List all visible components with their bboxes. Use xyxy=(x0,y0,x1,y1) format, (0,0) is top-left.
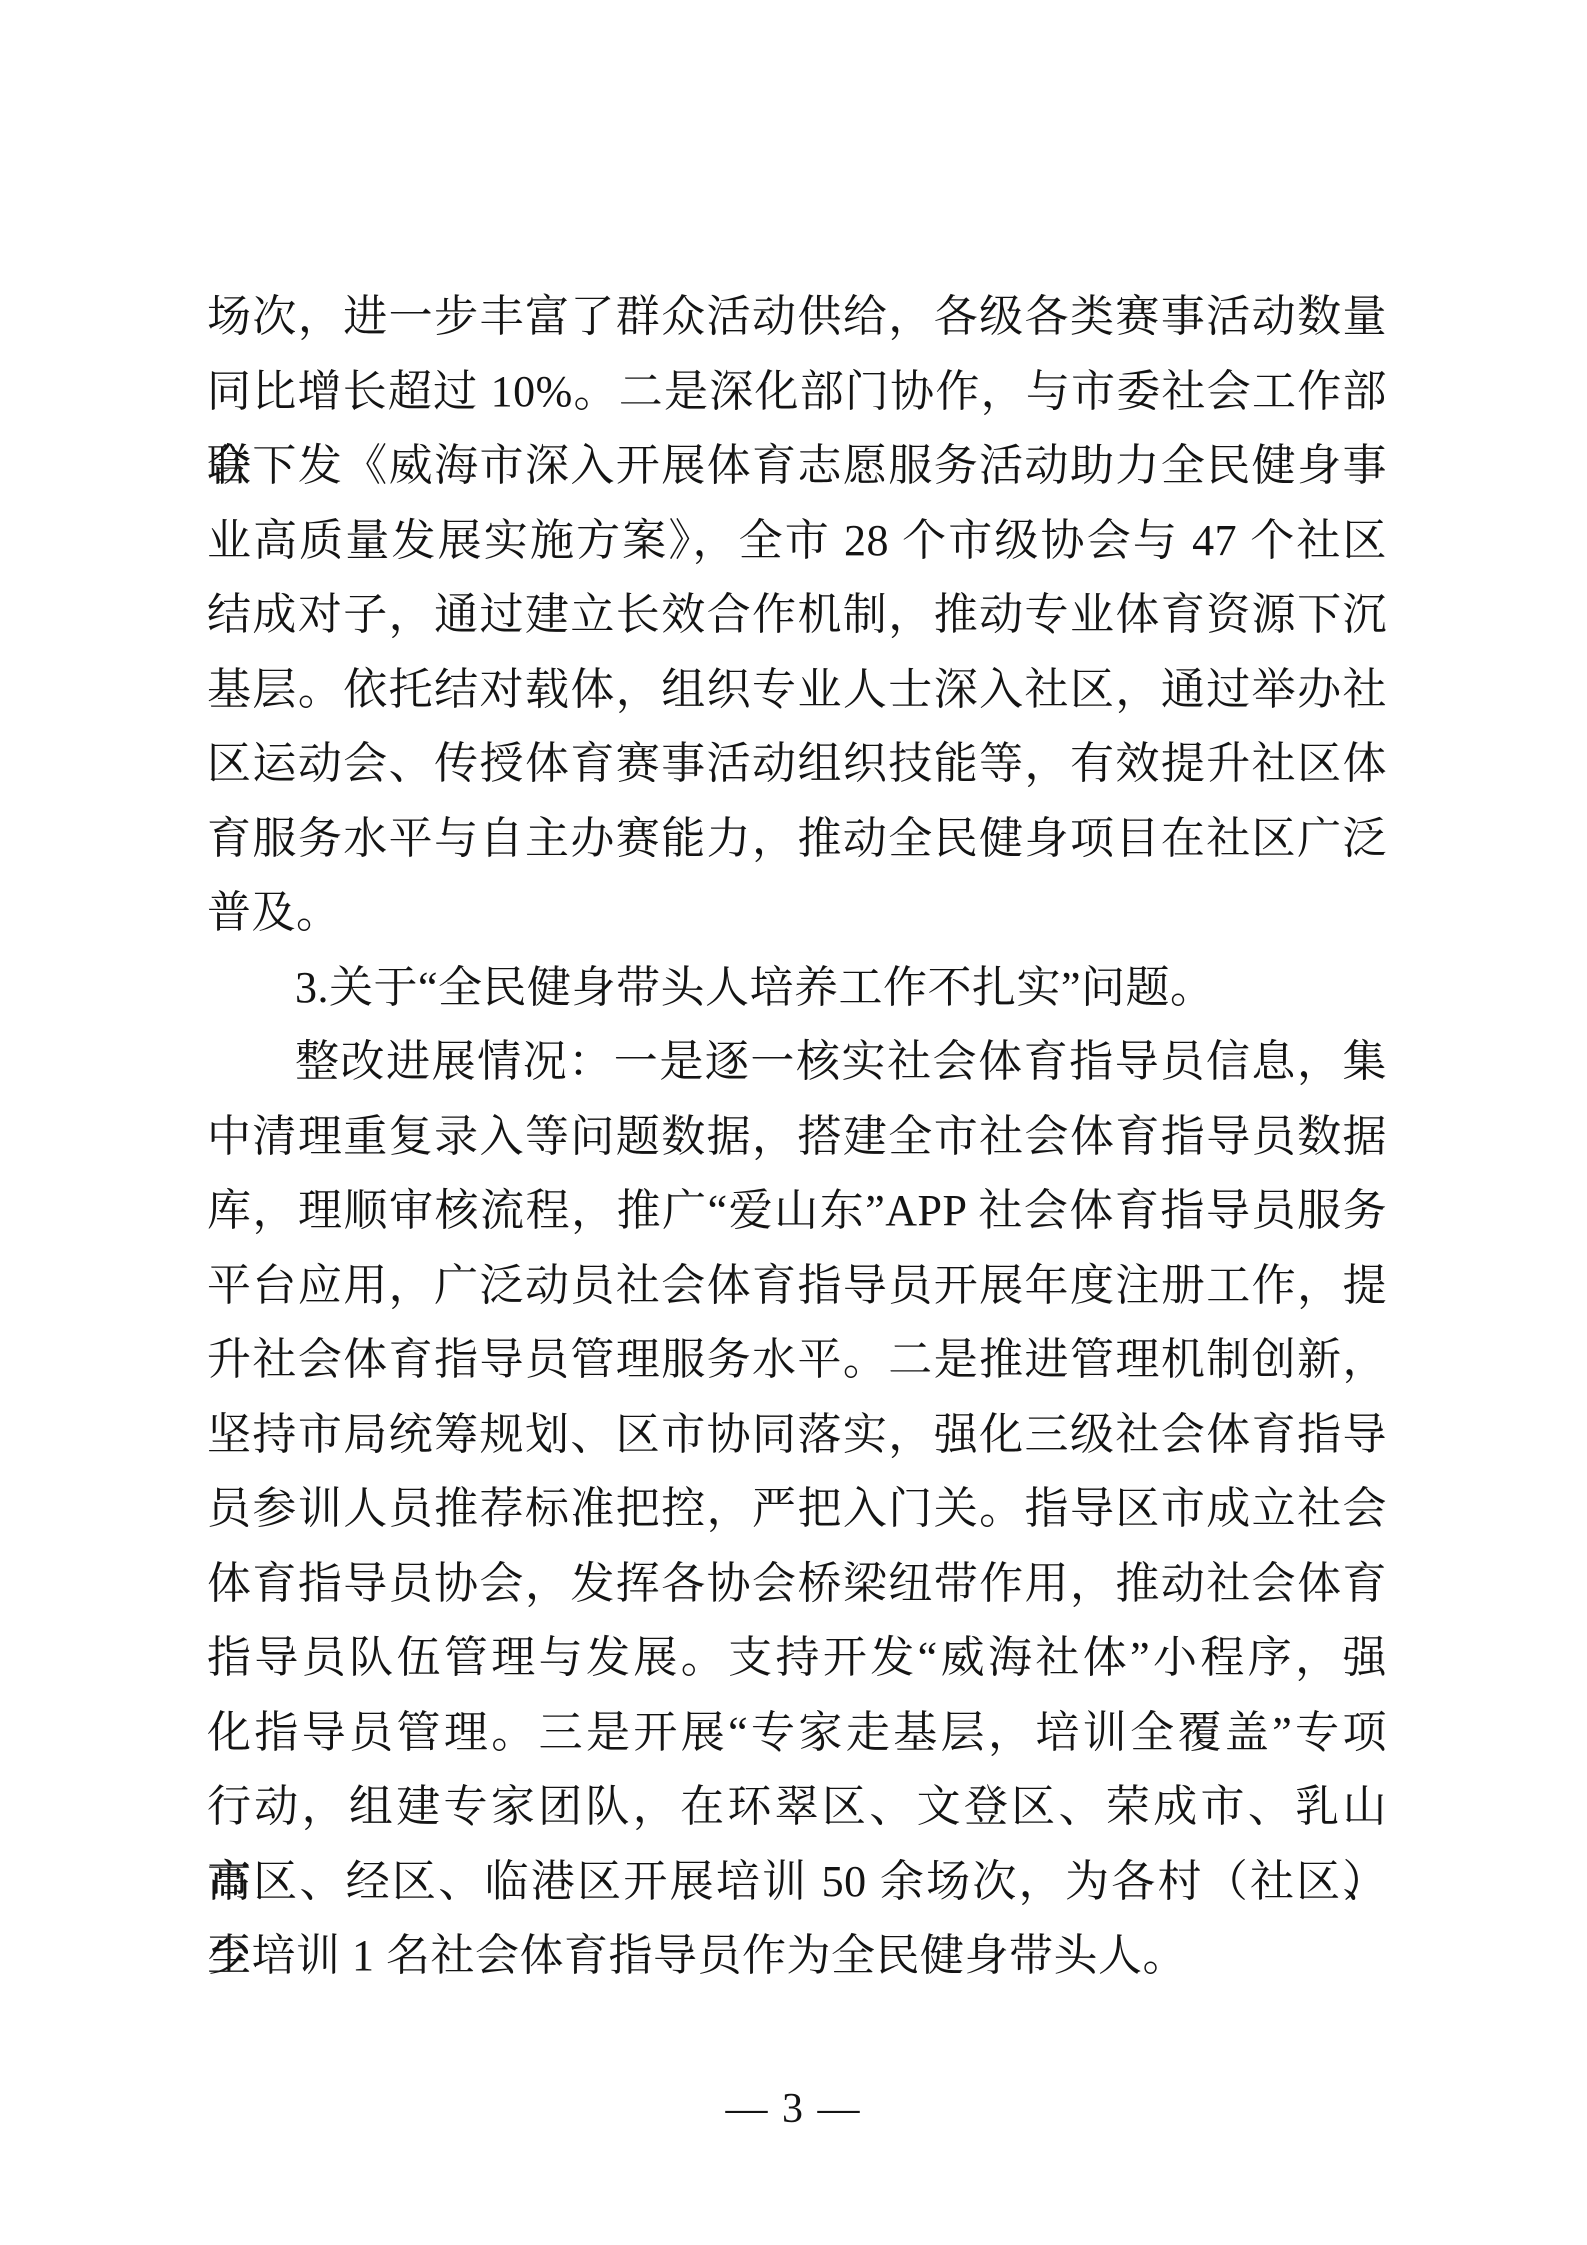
text-line: 基层。依托结对载体，组织专业人士深入社区，通过举办社 xyxy=(207,653,1387,728)
document-page: 场次，进一步丰富了群众活动供给，各级各类赛事活动数量同比增长超过 10%。二是深… xyxy=(0,0,1587,2245)
text-line: 合下发《威海市深入开展体育志愿服务活动助力全民健身事 xyxy=(207,429,1387,504)
text-line: 业高质量发展实施方案》，全市 28 个市级协会与 47 个社区 xyxy=(207,504,1387,579)
text-line: 3.关于“全民健身带头人培养工作不扎实”问题。 xyxy=(207,951,1387,1026)
text-line: 育服务水平与自主办赛能力，推动全民健身项目在社区广泛 xyxy=(207,802,1387,877)
text-line: 员参训人员推荐标准把控，严把入门关。指导区市成立社会 xyxy=(207,1472,1387,1547)
page-body: 场次，进一步丰富了群众活动供给，各级各类赛事活动数量同比增长超过 10%。二是深… xyxy=(207,280,1387,1994)
text-line: 普及。 xyxy=(207,876,1387,951)
page-number: — 3 — xyxy=(0,2072,1587,2146)
text-line: 化指导员管理。三是开展“专家走基层，培训全覆盖”专项 xyxy=(207,1696,1387,1771)
text-line: 少培训 1 名社会体育指导员作为全民健身带头人。 xyxy=(207,1919,1387,1994)
text-line: 体育指导员协会，发挥各协会桥梁纽带作用，推动社会体育 xyxy=(207,1547,1387,1622)
text-line: 指导员队伍管理与发展。支持开发“威海社体”小程序，强 xyxy=(207,1621,1387,1696)
text-line: 场次，进一步丰富了群众活动供给，各级各类赛事活动数量 xyxy=(207,280,1387,355)
text-line: 整改进展情况：一是逐一核实社会体育指导员信息，集 xyxy=(207,1025,1387,1100)
text-line: 平台应用，广泛动员社会体育指导员开展年度注册工作，提 xyxy=(207,1249,1387,1324)
text-line: 中清理重复录入等问题数据，搭建全市社会体育指导员数据 xyxy=(207,1100,1387,1175)
text-line: 库，理顺审核流程，推广“爱山东”APP 社会体育指导员服务 xyxy=(207,1174,1387,1249)
text-line: 行动，组建专家团队，在环翠区、文登区、荣成市、乳山市、 xyxy=(207,1770,1387,1845)
text-line: 高区、经区、临港区开展培训 50 余场次，为各村（社区）至 xyxy=(207,1845,1387,1920)
text-line: 升社会体育指导员管理服务水平。二是推进管理机制创新， xyxy=(207,1323,1387,1398)
text-line: 同比增长超过 10%。二是深化部门协作，与市委社会工作部联 xyxy=(207,355,1387,430)
text-line: 坚持市局统筹规划、区市协同落实，强化三级社会体育指导 xyxy=(207,1398,1387,1473)
text-line: 结成对子，通过建立长效合作机制，推动专业体育资源下沉 xyxy=(207,578,1387,653)
text-line: 区运动会、传授体育赛事活动组织技能等，有效提升社区体 xyxy=(207,727,1387,802)
